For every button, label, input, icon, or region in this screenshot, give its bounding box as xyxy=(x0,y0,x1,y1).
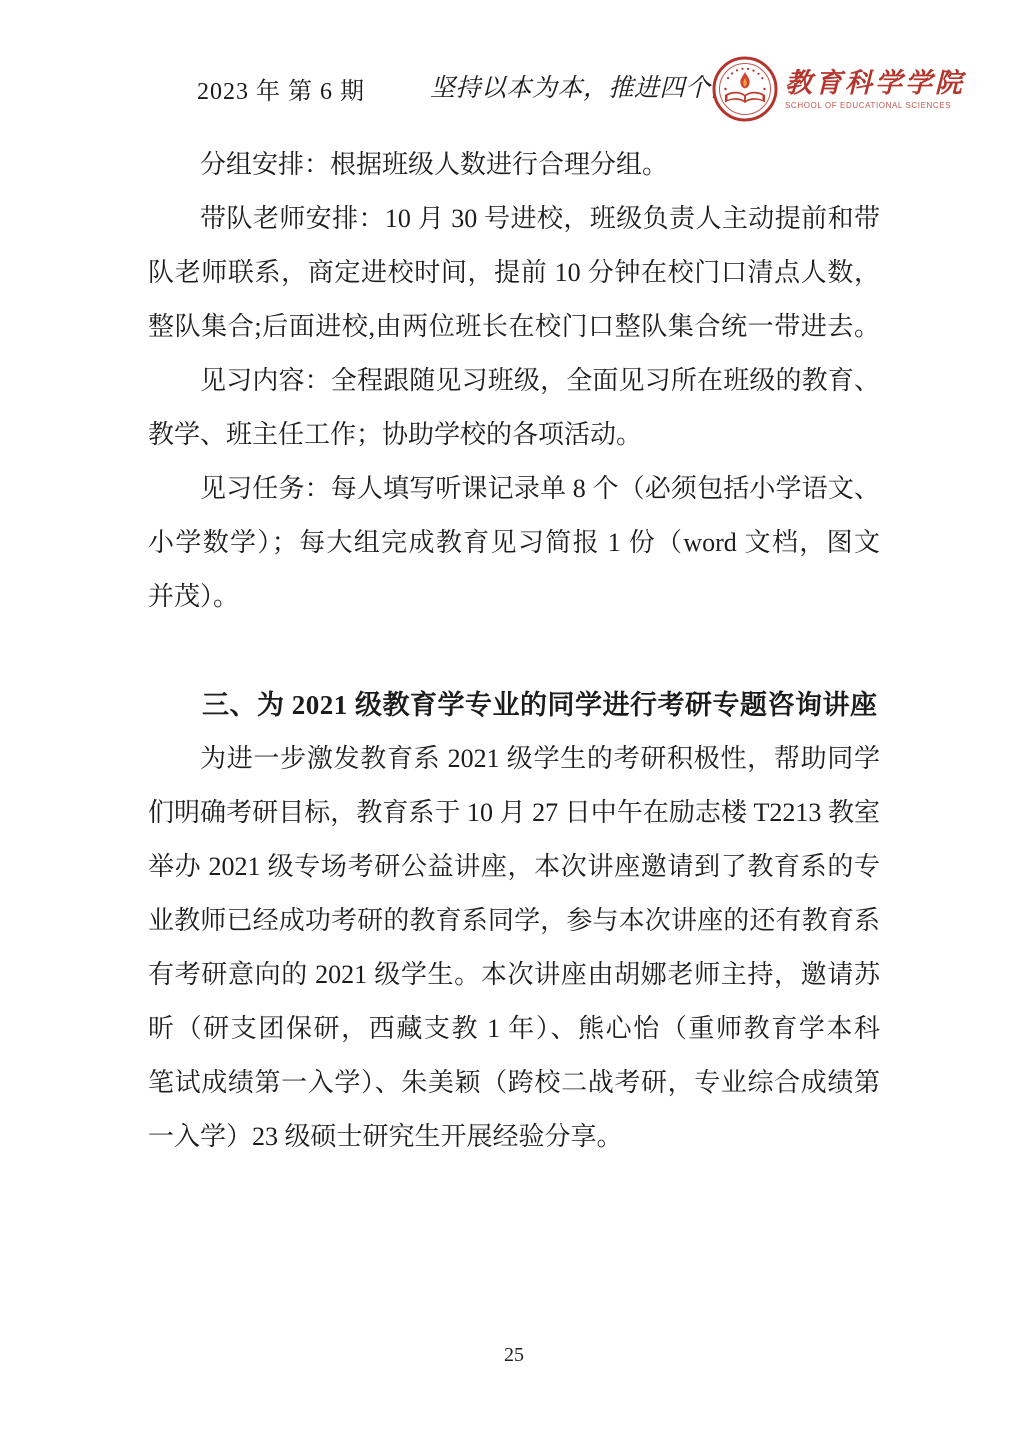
paragraph-line: 并茂）。 xyxy=(148,570,880,624)
paragraph-line: 队老师联系，商定进校时间，提前 10 分钟在校门口清点人数， xyxy=(148,246,880,300)
issue-label: 2023 年 第 6 期 xyxy=(197,71,365,106)
paragraph-line: 为进一步激发教育系 2021 级学生的考研积极性，帮助同学 xyxy=(148,732,880,786)
school-emblem-icon xyxy=(712,56,778,122)
paragraph-line: 教学、班主任工作；协助学校的各项活动。 xyxy=(148,408,880,462)
paragraph-line: 举办 2021 级专场考研公益讲座，本次讲座邀请到了教育系的专 xyxy=(148,840,880,894)
paragraph-line: 带队老师安排：10 月 30 号进校，班级负责人主动提前和带 xyxy=(148,192,880,246)
paragraph-line: 笔试成绩第一入学）、朱美颖（跨校二战考研，专业综合成绩第 xyxy=(148,1056,880,1110)
section-heading: 三、为 2021 级教育学专业的同学进行考研专题咨询讲座 xyxy=(148,678,880,732)
paragraph-line: 有考研意向的 2021 级学生。本次讲座由胡娜老师主持，邀请苏 xyxy=(148,948,880,1002)
logo-name-en: SCHOOL OF EDUCATIONAL SCIENCES xyxy=(785,101,965,110)
school-logo: 教育科学学院 SCHOOL OF EDUCATIONAL SCIENCES xyxy=(712,56,965,122)
page-header: 2023 年 第 6 期 坚持以本为本，推进四个回归 xyxy=(0,54,1024,132)
paragraph-line: 整队集合;后面进校,由两位班长在校门口整队集合统一带进去。 xyxy=(148,300,880,354)
paragraph-line: 们明确考研目标，教育系于 10 月 27 日中午在励志楼 T2213 教室 xyxy=(148,786,880,840)
page-number: 25 xyxy=(148,1344,880,1367)
logo-text: 教育科学学院 SCHOOL OF EDUCATIONAL SCIENCES xyxy=(785,68,965,110)
document-page: 2023 年 第 6 期 坚持以本为本，推进四个回归 xyxy=(0,0,1024,1448)
document-body: 分组安排：根据班级人数进行合理分组。 带队老师安排：10 月 30 号进校，班级… xyxy=(148,138,880,1164)
paragraph-line: 小学数学）；每大组完成教育见习简报 1 份（word 文档，图文 xyxy=(148,516,880,570)
paragraph-line: 一入学）23 级硕士研究生开展经验分享。 xyxy=(148,1110,880,1164)
logo-name-cn: 教育科学学院 xyxy=(785,70,965,98)
paragraph-line: 分组安排：根据班级人数进行合理分组。 xyxy=(148,138,880,192)
paragraph-line: 业教师已经成功考研的教育系同学，参与本次讲座的还有教育系 xyxy=(148,894,880,948)
paragraph-line: 见习内容：全程跟随见习班级，全面见习所在班级的教育、 xyxy=(148,354,880,408)
blank-line xyxy=(148,624,880,678)
paragraph-line: 昕（研支团保研，西藏支教 1 年）、熊心怡（重师教育学本科生， xyxy=(148,1002,880,1056)
paragraph-line: 见习任务：每人填写听课记录单 8 个（必须包括小学语文、 xyxy=(148,462,880,516)
